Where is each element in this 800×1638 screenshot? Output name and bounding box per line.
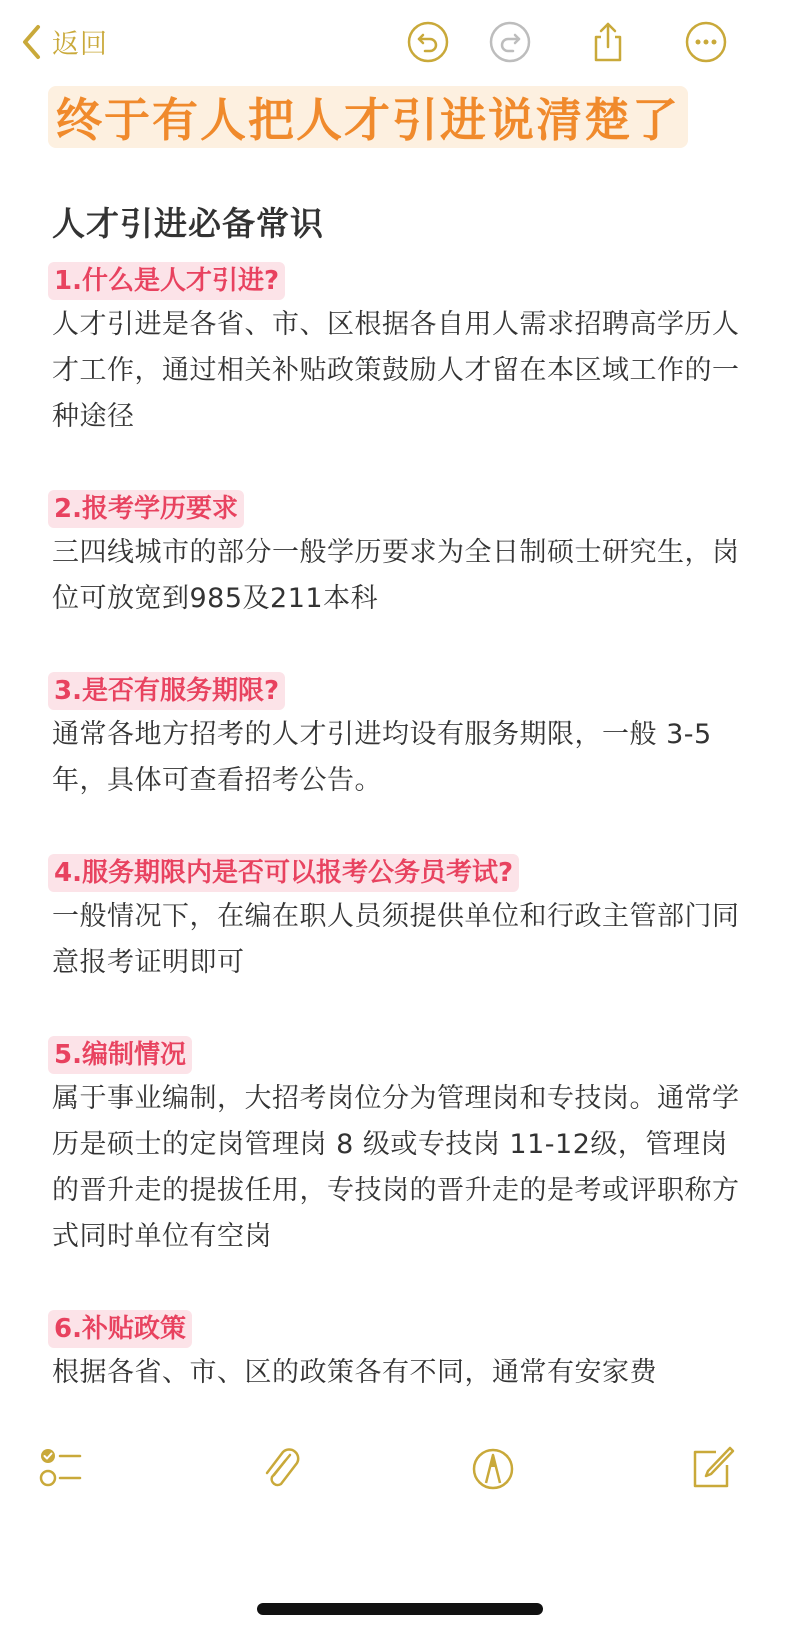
redo-icon bbox=[488, 20, 532, 64]
section-heading: 1.什么是人才引进? bbox=[48, 262, 285, 300]
back-button[interactable]: 返回 bbox=[20, 22, 108, 61]
checklist-icon bbox=[36, 1443, 86, 1493]
undo-button[interactable] bbox=[406, 20, 450, 64]
section-4: 4.服务期限内是否可以报考公务员考试? 一般情况下，在编在职人员须提供单位和行政… bbox=[52, 854, 752, 986]
section-text: 根据各省、市、区的政策各有不同，通常有安家费 bbox=[52, 1350, 752, 1396]
note-title[interactable]: 终于有人把人才引进说清楚了 bbox=[56, 84, 680, 150]
section-heading: 3.是否有服务期限? bbox=[48, 672, 285, 710]
section-text: 人才引进是各省、市、区根据各自用人需求招聘高学历人才工作，通过相关补贴政策鼓励人… bbox=[52, 302, 752, 440]
section-text: 三四线城市的部分一般学历要求为全日制硕士研究生，岗位可放宽到985及211本科 bbox=[52, 530, 752, 622]
section-heading: 6.补贴政策 bbox=[48, 1310, 192, 1348]
compose-icon bbox=[686, 1443, 736, 1493]
share-button[interactable] bbox=[586, 20, 630, 64]
undo-icon bbox=[406, 20, 450, 64]
section-text: 一般情况下，在编在职人员须提供单位和行政主管部门同意报考证明即可 bbox=[52, 894, 752, 986]
home-indicator[interactable] bbox=[257, 1603, 543, 1615]
section-5: 5.编制情况 属于事业编制，大招考岗位分为管理岗和专技岗。通常学历是硕士的定岗管… bbox=[52, 1036, 752, 1260]
attachment-button[interactable] bbox=[256, 1440, 306, 1496]
more-icon bbox=[684, 20, 728, 64]
compose-button[interactable] bbox=[686, 1440, 736, 1496]
bottom-toolbar bbox=[0, 1440, 800, 1510]
note-body[interactable]: 人才引进必备常识 1.什么是人才引进? 人才引进是各省、市、区根据各自用人需求招… bbox=[52, 200, 752, 1446]
section-heading: 2.报考学历要求 bbox=[48, 490, 244, 528]
paperclip-icon bbox=[256, 1443, 306, 1493]
note-subtitle: 人才引进必备常识 bbox=[52, 200, 752, 248]
section-3: 3.是否有服务期限? 通常各地方招考的人才引进均设有服务期限，一般 3-5年，具… bbox=[52, 672, 752, 804]
markup-pen-icon bbox=[468, 1443, 518, 1493]
back-label: 返回 bbox=[52, 22, 108, 61]
top-toolbar: 返回 bbox=[0, 0, 800, 84]
checklist-button[interactable] bbox=[36, 1440, 86, 1496]
note-title-highlight: 终于有人把人才引进说清楚了 bbox=[48, 86, 688, 148]
redo-button[interactable] bbox=[488, 20, 532, 64]
chevron-left-icon bbox=[20, 24, 42, 60]
section-heading: 4.服务期限内是否可以报考公务员考试? bbox=[48, 854, 519, 892]
markup-button[interactable] bbox=[468, 1440, 518, 1496]
more-button[interactable] bbox=[684, 20, 728, 64]
section-text: 属于事业编制，大招考岗位分为管理岗和专技岗。通常学历是硕士的定岗管理岗 8 级或… bbox=[52, 1076, 752, 1260]
share-icon bbox=[586, 20, 630, 64]
section-6: 6.补贴政策 根据各省、市、区的政策各有不同，通常有安家费 bbox=[52, 1310, 752, 1396]
section-1: 1.什么是人才引进? 人才引进是各省、市、区根据各自用人需求招聘高学历人才工作，… bbox=[52, 262, 752, 440]
section-2: 2.报考学历要求 三四线城市的部分一般学历要求为全日制硕士研究生，岗位可放宽到9… bbox=[52, 490, 752, 622]
section-heading: 5.编制情况 bbox=[48, 1036, 192, 1074]
section-text: 通常各地方招考的人才引进均设有服务期限，一般 3-5年，具体可查看招考公告。 bbox=[52, 712, 752, 804]
